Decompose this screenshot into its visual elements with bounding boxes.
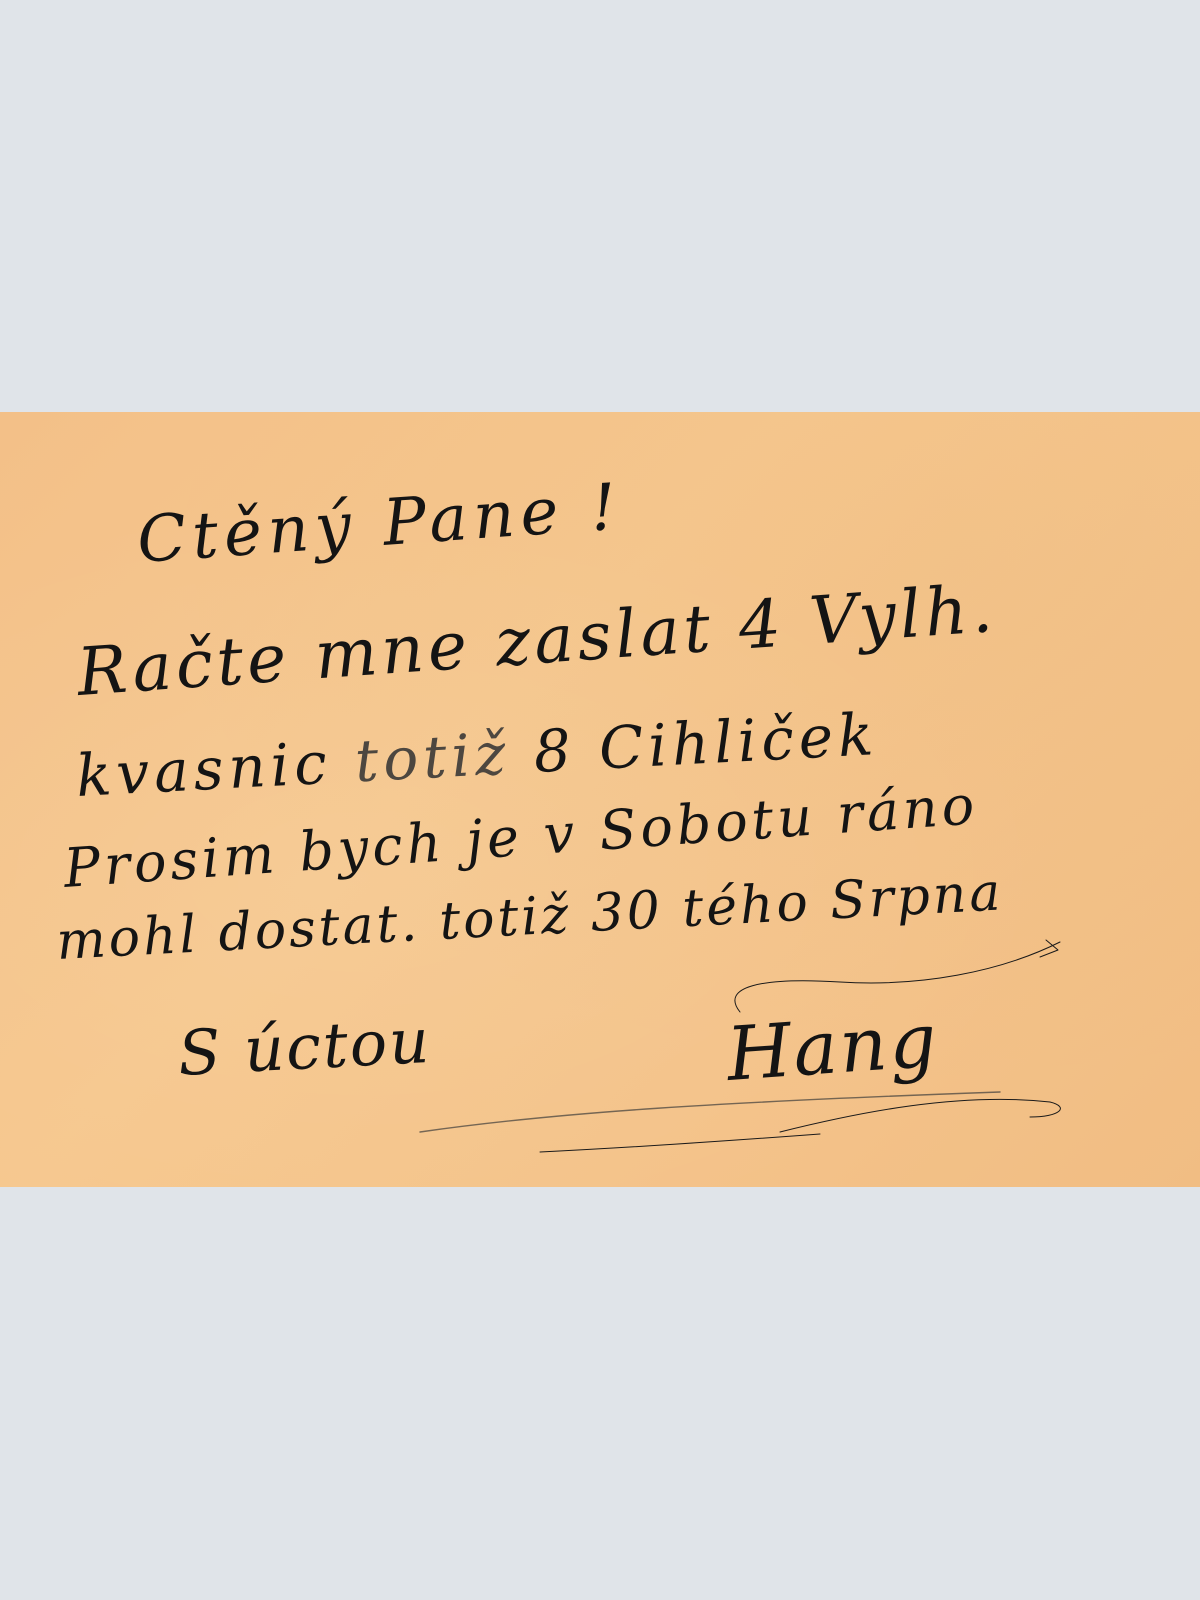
postcard: Ctěný Pane ! Račte mne zaslat 4 Vylh. kv… — [0, 412, 1200, 1187]
text-line-2-main: kvasnic — [74, 729, 333, 810]
signature: Hang — [724, 997, 941, 1098]
text-line-2-faint: totiž — [353, 719, 512, 795]
closing: S úctou — [176, 1004, 432, 1090]
